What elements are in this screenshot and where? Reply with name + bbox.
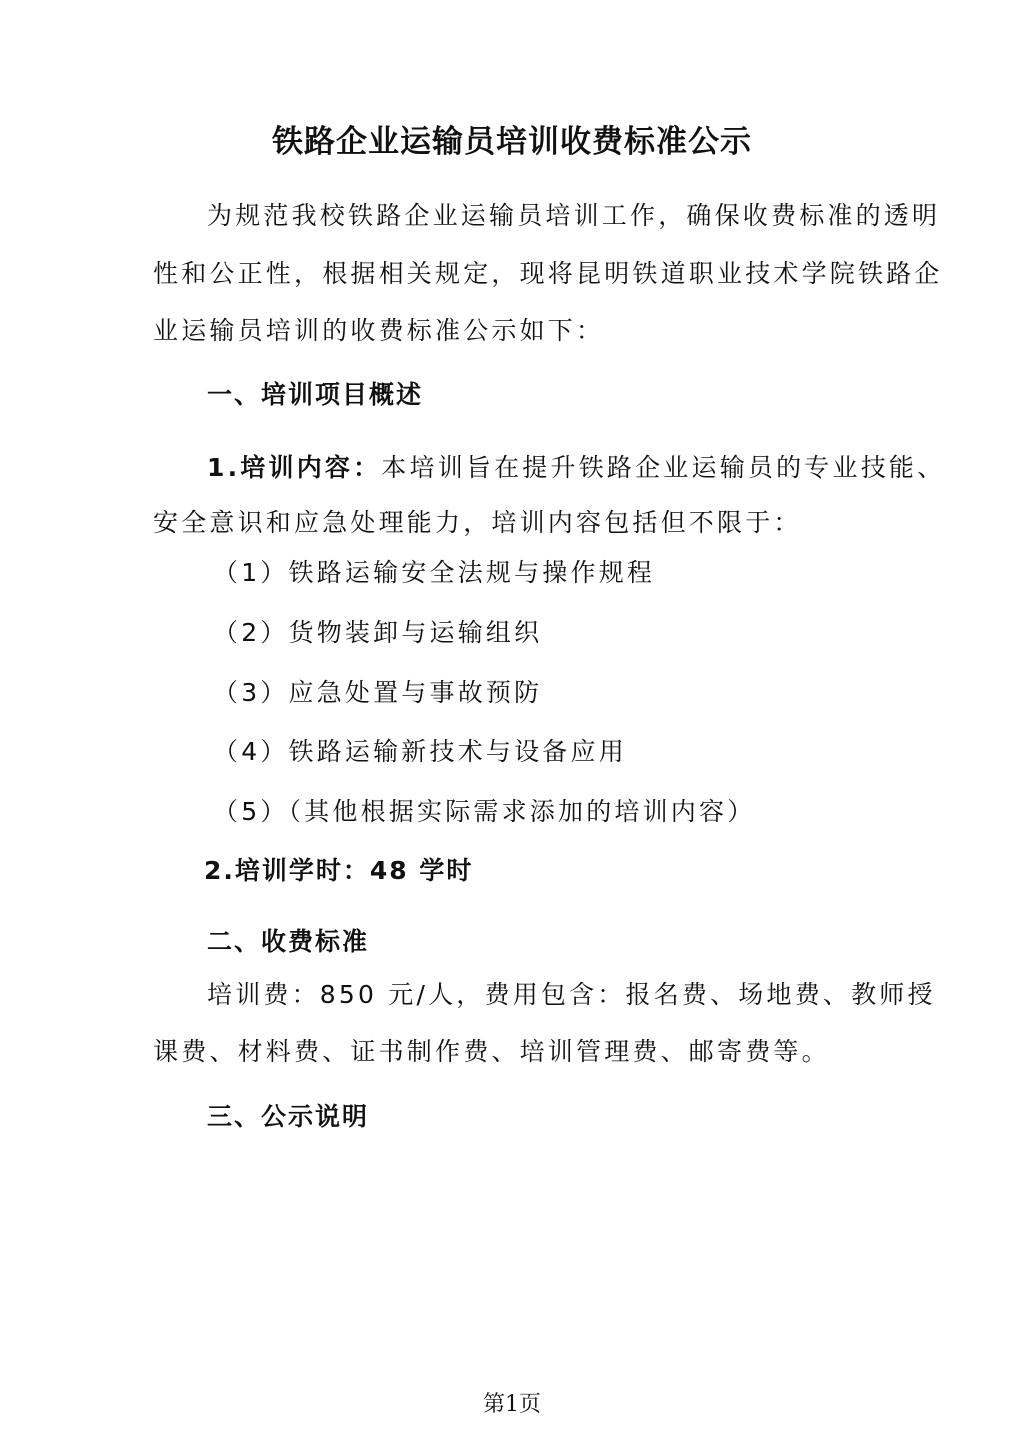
training-content-label: 1.培训内容： <box>207 453 381 482</box>
intro-line-2: 性和公正性，根据相关规定，现将昆明铁道职业技术学院铁路企 <box>153 254 943 290</box>
fee-line-1: 培训费：850 元/人，费用包含：报名费、场地费、教师授 <box>207 975 936 1011</box>
list-item: （5）（其他根据实际需求添加的培训内容） <box>213 792 755 828</box>
section-1-heading: 一、培训项目概述 <box>207 375 423 411</box>
training-content-text: 本培训旨在提升铁路企业运输员的专业技能、 <box>381 453 945 482</box>
list-item: （1）铁路运输安全法规与操作规程 <box>213 553 655 589</box>
list-item: （3）应急处置与事故预防 <box>213 673 542 709</box>
intro-line-1: 为规范我校铁路企业运输员培训工作，确保收费标准的透明 <box>207 196 940 232</box>
fee-line-2: 课费、材料费、证书制作费、培训管理费、邮寄费等。 <box>153 1032 830 1068</box>
training-content-line-2: 安全意识和应急处理能力，培训内容包括但不限于： <box>153 503 802 539</box>
training-hours: 2.培训学时：48 学时 <box>204 851 473 887</box>
document-title: 铁路企业运输员培训收费标准公示 <box>0 116 1024 161</box>
list-item: （2）货物装卸与运输组织 <box>213 613 542 649</box>
section-3-heading: 三、公示说明 <box>207 1097 369 1133</box>
intro-line-3: 业运输员培训的收费标准公示如下： <box>153 311 604 347</box>
list-item: （4）铁路运输新技术与设备应用 <box>213 732 627 768</box>
document-page: 铁路企业运输员培训收费标准公示 为规范我校铁路企业运输员培训工作，确保收费标准的… <box>0 0 1024 1449</box>
training-content-paragraph: 1.培训内容：本培训旨在提升铁路企业运输员的专业技能、 <box>207 448 945 484</box>
page-number: 第1页 <box>0 1387 1024 1418</box>
section-2-heading: 二、收费标准 <box>207 922 369 958</box>
